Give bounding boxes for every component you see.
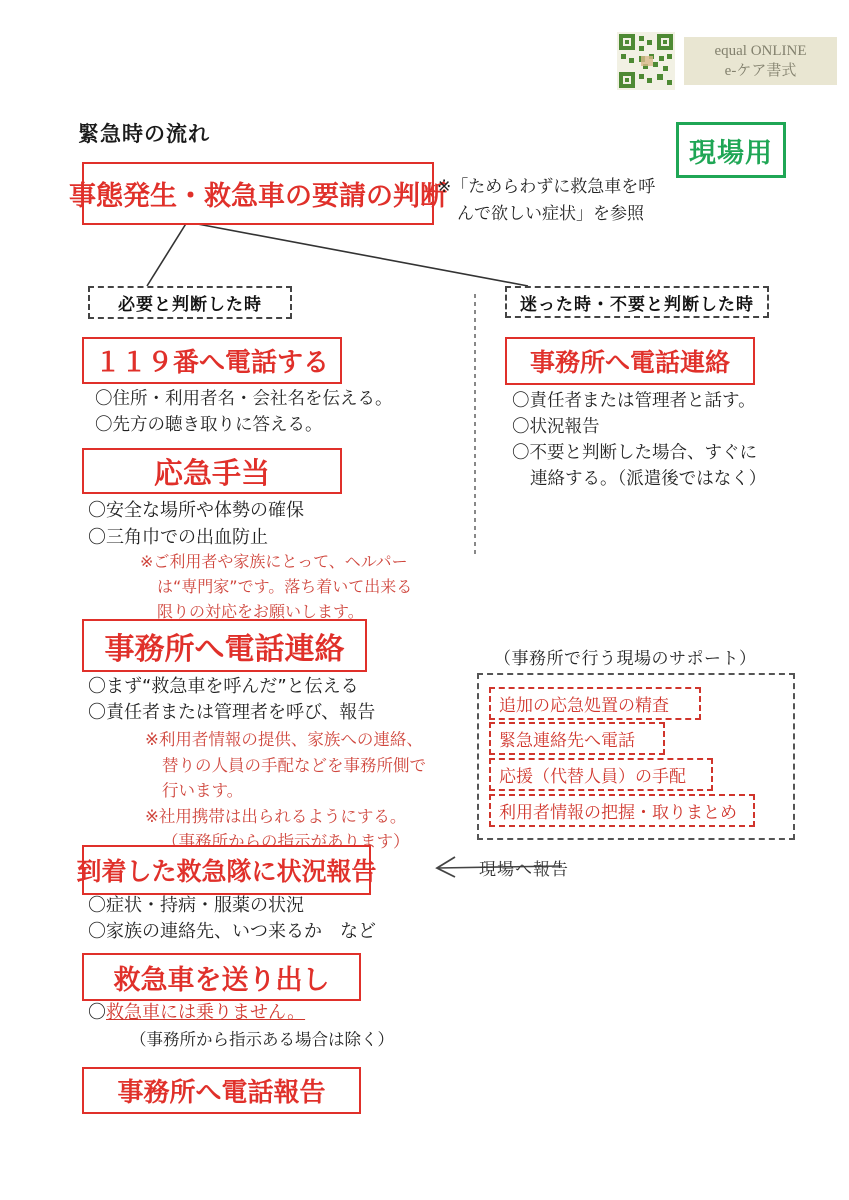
note-line: は“専門家”です。落ち着いて出来る	[140, 574, 412, 599]
bullet-item: 〇家族の連絡先、いつ来るか など	[88, 919, 376, 945]
flow-start-box: 事態発生・救急車の要請の判断	[82, 162, 434, 225]
support-item: 利用者情報の把握・取りまとめ	[489, 794, 755, 827]
start-note-line1: ※「ためらわずに救急車を呼	[437, 174, 655, 201]
support-item: 応援（代替人員）の手配	[489, 758, 713, 791]
no-boarding-warning: 救急車には乗りません。	[106, 1002, 305, 1023]
bullet-item: 〇責任者または管理者と話す。	[512, 388, 766, 414]
step-call-office-bullets: 〇まず“救急車を呼んだ”と伝える 〇責任者または管理者を呼び、報告	[88, 674, 375, 726]
office-support-caption: （事務所で行う現場のサポート）	[494, 644, 757, 669]
support-item: 追加の応急処置の精査	[489, 687, 701, 720]
right-step-call-office-box: 事務所へ電話連絡	[505, 337, 755, 385]
step-send-ambulance-box: 救急車を送り出し	[82, 953, 361, 1001]
bullet-item: 〇状況報告	[512, 414, 766, 440]
bullet-item: 〇住所・利用者名・会社名を伝える。	[95, 386, 393, 412]
step-call-office-box: 事務所へ電話連絡	[82, 619, 367, 672]
office-support-box: 追加の応急処置の精査 緊急連絡先へ電話 応援（代替人員）の手配 利用者情報の把握…	[477, 673, 795, 840]
start-reference-note: ※「ためらわずに救急車を呼 んで欲しい症状」を参照	[437, 174, 655, 228]
note-line: 替りの人員の手配などを事務所側で	[145, 753, 426, 779]
logo-line2: e-ケア書式	[725, 61, 797, 81]
step-report-paramedics-box: 到着した救急隊に状況報告	[82, 845, 371, 895]
step-first-aid-bullets: 〇安全な場所や体勢の確保 〇三角巾での出血防止	[88, 497, 304, 551]
send-ambulance-bullet: 〇救急車には乗りません。	[88, 1000, 305, 1026]
bullet-item: 〇三角巾での出血防止	[88, 524, 304, 551]
branch-label-unsure: 迷った時・不要と判断した時	[505, 286, 769, 318]
step-call-119-bullets: 〇住所・利用者名・会社名を伝える。 〇先方の聴き取りに答える。	[95, 386, 393, 438]
send-ambulance-sub-note: （事務所から指示ある場合は除く）	[130, 1027, 394, 1053]
step-report-paramedics-bullets: 〇症状・持病・服薬の状況 〇家族の連絡先、いつ来るか など	[88, 893, 376, 945]
logo-plate: equal ONLINE e-ケア書式	[684, 37, 837, 85]
bullet-item: 〇まず“救急車を呼んだ”と伝える	[88, 674, 375, 700]
report-to-site-arrow-label: 現場へ報告	[479, 855, 569, 880]
site-use-badge: 現場用	[676, 122, 786, 178]
support-item: 緊急連絡先へ電話	[489, 722, 665, 755]
bullet-item: 〇不要と判断した場合、すぐに	[512, 440, 766, 466]
note-line: ※ご利用者や家族にとって、ヘルパー	[140, 549, 412, 574]
bullet-item: 〇症状・持病・服薬の状況	[88, 893, 376, 919]
first-aid-note: ※ご利用者や家族にとって、ヘルパー は“専門家”です。落ち着いて出来る 限りの対…	[140, 549, 412, 624]
right-step-bullets: 〇責任者または管理者と話す。 〇状況報告 〇不要と判断した場合、すぐに 連絡する…	[512, 388, 766, 492]
branch-label-necessary: 必要と判断した時	[88, 286, 292, 319]
page-title: 緊急時の流れ	[78, 118, 210, 148]
step-first-aid-box: 応急手当	[82, 448, 342, 494]
bullet-item: 連絡する。（派遣後ではなく）	[512, 466, 766, 492]
step-phone-report-box: 事務所へ電話報告	[82, 1067, 361, 1114]
document-page: equal ONLINE e-ケア書式 緊急時の流れ 現場用 事態発生・救急車の…	[0, 0, 849, 1200]
qr-code-icon	[617, 32, 675, 90]
start-note-line2: んで欲しい症状」を参照	[437, 201, 655, 228]
call-office-note: ※利用者情報の提供、家族への連絡、 替りの人員の手配などを事務所側で 行います。…	[145, 727, 426, 855]
logo-line1: equal ONLINE	[714, 41, 806, 61]
note-line: ※社用携帯は出られるようにする。	[145, 804, 426, 830]
step-call-119-box: １１９番へ電話する	[82, 337, 342, 384]
note-line: 行います。	[145, 778, 426, 804]
bullet-marker: 〇	[88, 1002, 106, 1023]
bullet-item: 〇安全な場所や体勢の確保	[88, 497, 304, 524]
bullet-item: 〇責任者または管理者を呼び、報告	[88, 700, 375, 726]
bullet-item: 〇先方の聴き取りに答える。	[95, 412, 393, 438]
note-line: ※利用者情報の提供、家族への連絡、	[145, 727, 426, 753]
